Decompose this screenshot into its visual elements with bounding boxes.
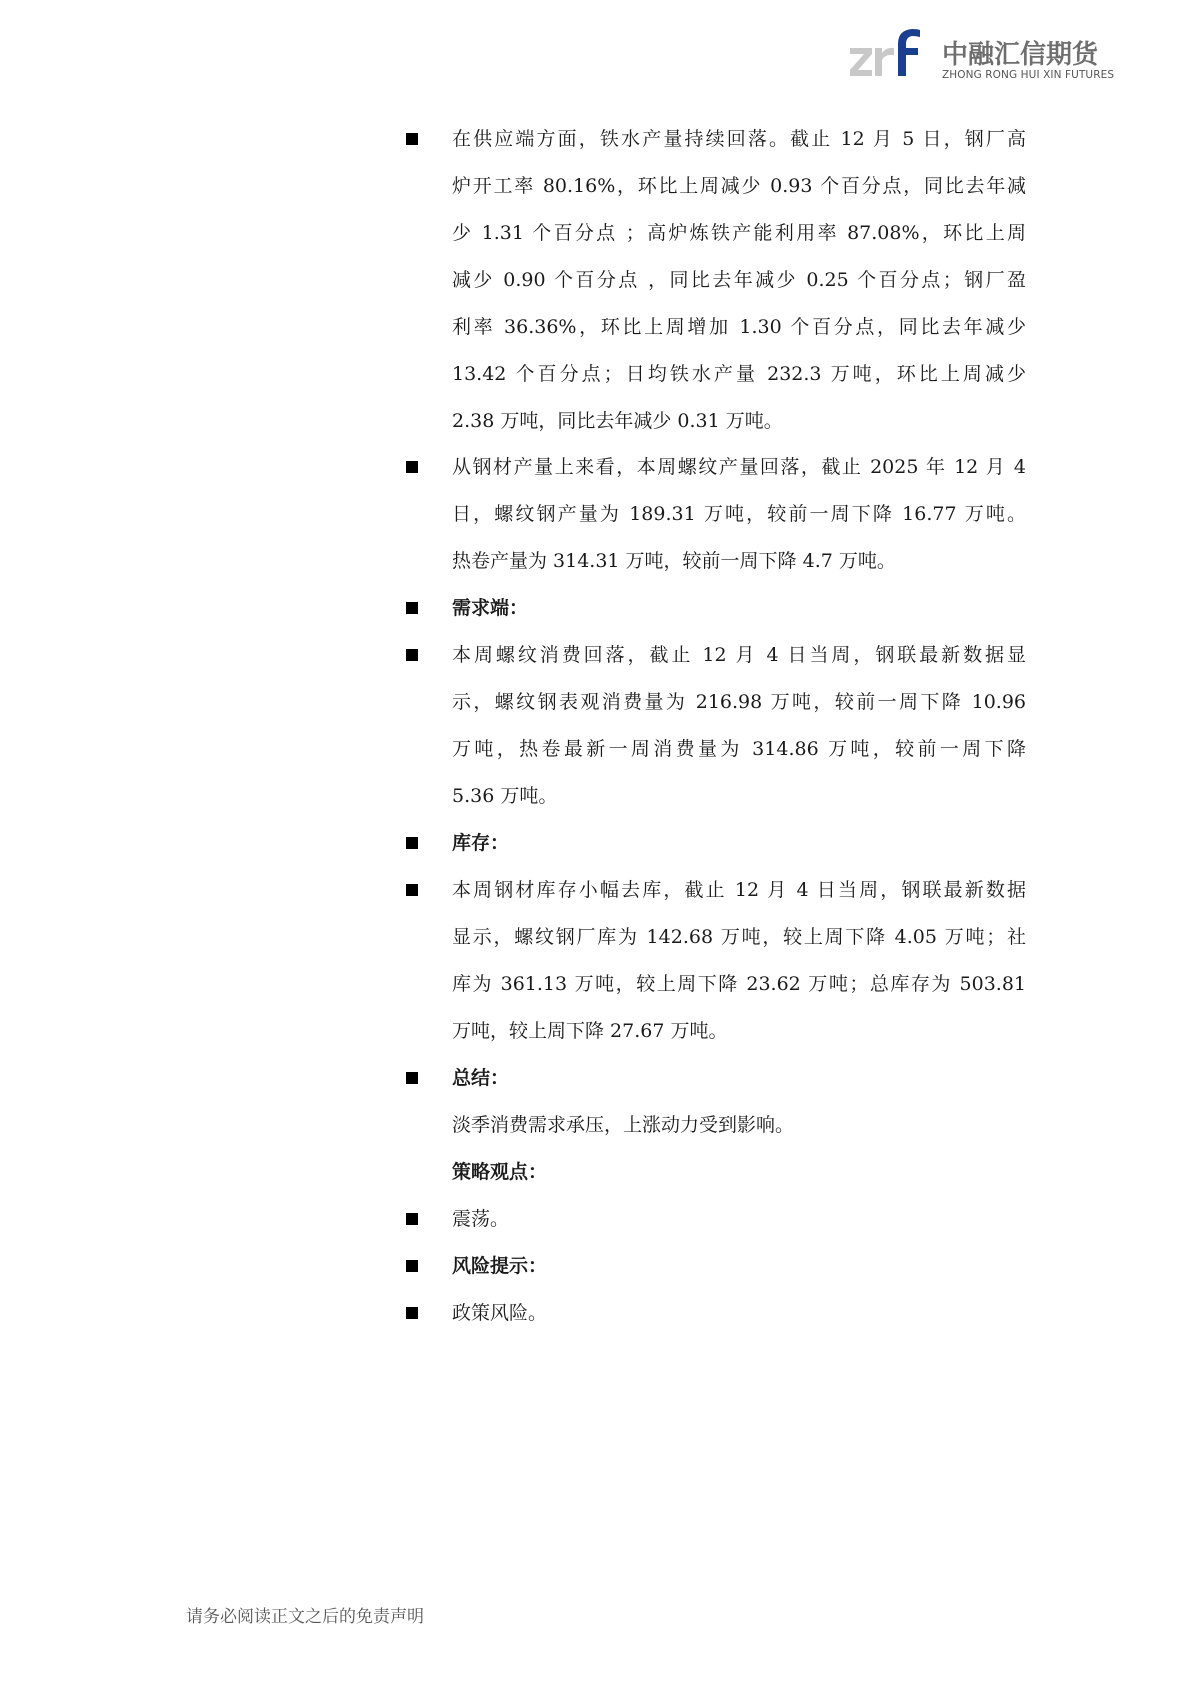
supply-line-6: 13.42 个百分点；日均铁水产量 232.3 万吨，环比上周减少 [452,361,1026,387]
summary-heading: 总结： [452,1065,509,1091]
demand-heading: 需求端： [452,595,528,621]
supply-line-1: 在供应端方面，铁水产量持续回落。截止 12 月 5 日，钢厂高 [452,126,1026,152]
supply-line-5: 利率 36.36%，环比上周增加 1.30 个百分点，同比去年减少 [452,314,1026,340]
demand-line-3: 万吨，热卷最新一周消费量为 314.86 万吨，较前一周下降 [452,736,1026,762]
strategy-text: 震荡。 [452,1206,509,1232]
demand-line-1: 本周螺纹消费回落，截止 12 月 4 日当周，钢联最新数据显 [452,642,1026,668]
demand-line-4: 5.36 万吨。 [452,783,557,809]
supply-line-3: 少 1.31 个百分点 ；高炉炼铁产能利用率 87.08%，环比上周 [452,220,1026,246]
company-logo: 中融汇信期货 ZHONG RONG HUI XIN FUTURES [850,26,1120,92]
bullet-square-icon [406,649,418,661]
bullet-square-icon [406,1072,418,1084]
disclaimer-footer: 请务必阅读正文之后的免责声明 [186,1602,424,1627]
bullet-square-icon [406,602,418,614]
production-line-1: 从钢材产量上来看，本周螺纹产量回落，截止 2025 年 12 月 4 [452,454,1026,480]
inventory-line-3: 库为 361.13 万吨，较上周下降 23.62 万吨；总库存为 503.81 [452,971,1026,997]
logo-chinese-name: 中融汇信期货 [942,34,1098,71]
risk-text: 政策风险。 [452,1300,547,1326]
supply-line-7: 2.38 万吨，同比去年减少 0.31 万吨。 [452,408,783,434]
supply-line-2: 炉开工率 80.16%，环比上周减少 0.93 个百分点，同比去年减 [452,173,1026,199]
production-line-3: 热卷产量为 314.31 万吨，较前一周下降 4.7 万吨。 [452,548,896,574]
inventory-line-4: 万吨，较上周下降 27.67 万吨。 [452,1018,727,1044]
production-line-2: 日，螺纹钢产量为 189.31 万吨，较前一周下降 16.77 万吨。 [452,501,1026,527]
summary-text: 淡季消费需求承压，上涨动力受到影响。 [452,1112,794,1138]
bullet-square-icon [406,1260,418,1272]
logo-english-name: ZHONG RONG HUI XIN FUTURES [942,69,1114,81]
bullet-square-icon [406,884,418,896]
demand-line-2: 示，螺纹钢表观消费量为 216.98 万吨，较前一周下降 10.96 [452,689,1026,715]
inventory-line-1: 本周钢材库存小幅去库，截止 12 月 4 日当周，钢联最新数据 [452,877,1026,903]
risk-heading: 风险提示： [452,1253,547,1279]
bullet-square-icon [406,1213,418,1225]
bullet-square-icon [406,1307,418,1319]
inventory-heading: 库存： [452,830,509,856]
bullet-square-icon [406,461,418,473]
bullet-square-icon [406,133,418,145]
supply-line-4: 减少 0.90 个百分点 ，同比去年减少 0.25 个百分点；钢厂盈 [452,267,1026,293]
inventory-line-2: 显示，螺纹钢厂库为 142.68 万吨，较上周下降 4.05 万吨；社 [452,924,1026,950]
zrf-logo-mark-icon [850,26,930,86]
bullet-square-icon [406,837,418,849]
strategy-heading: 策略观点： [452,1159,547,1185]
